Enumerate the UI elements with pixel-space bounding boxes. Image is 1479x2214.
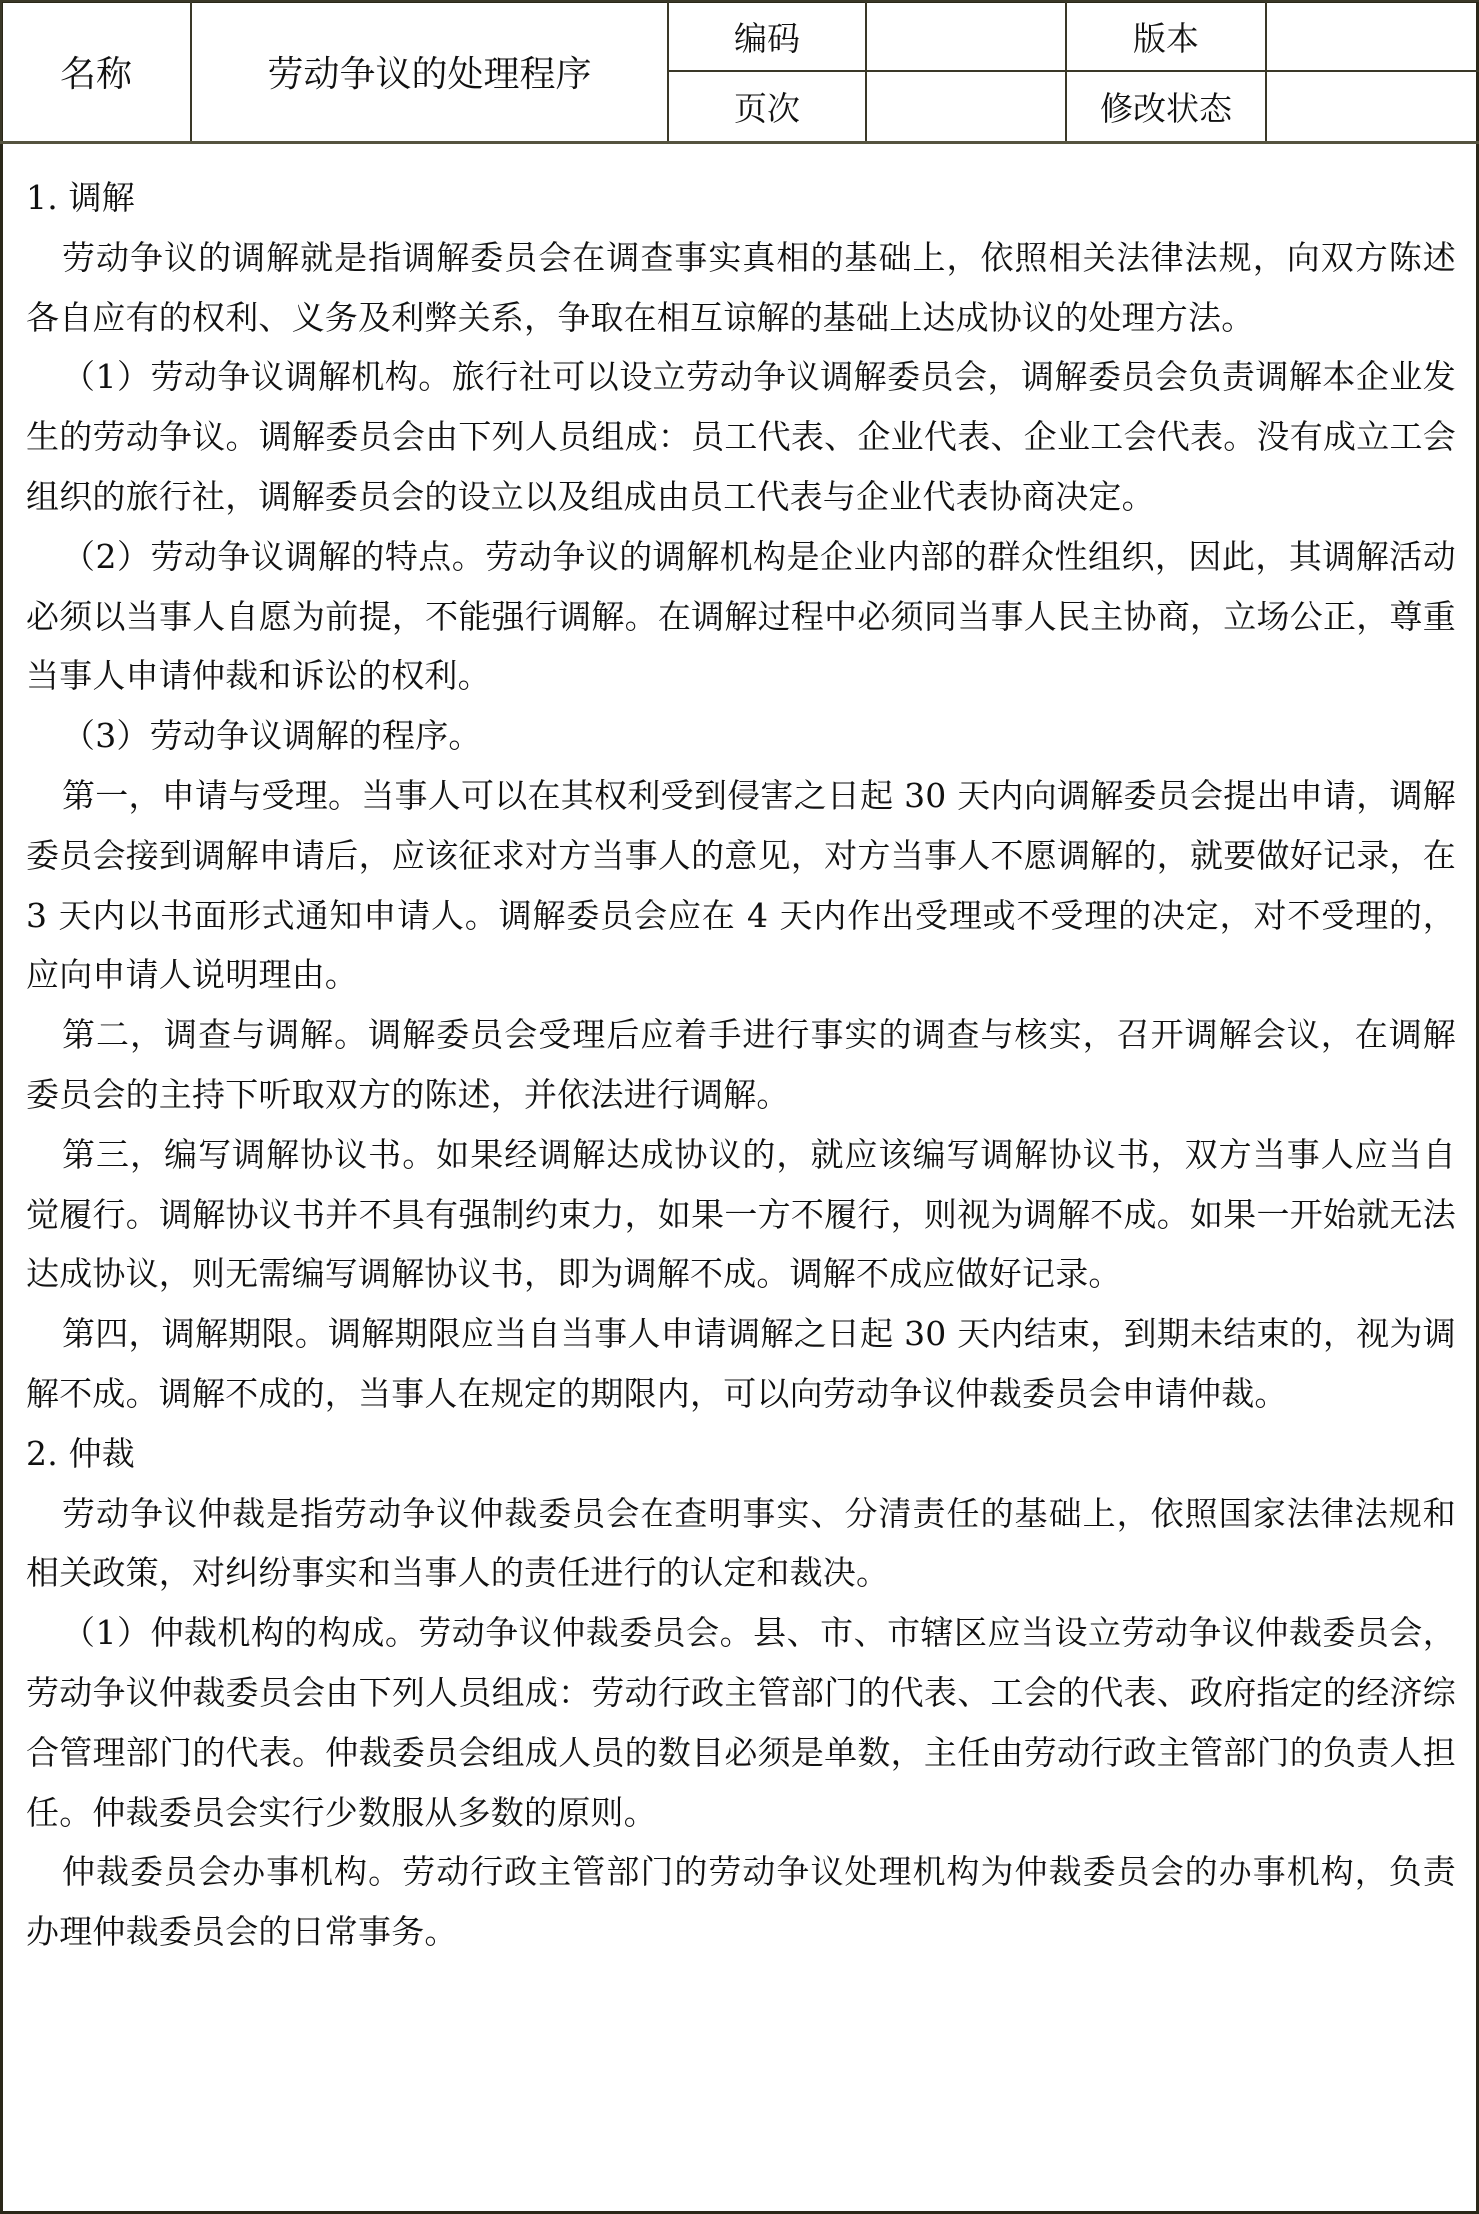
paragraph: 第三，编写调解协议书。如果经调解达成协议的，就应该编写调解协议书，双方当事人应当… bbox=[26, 1125, 1456, 1304]
header-divider bbox=[0, 141, 1479, 144]
version-label: 版本 bbox=[1066, 1, 1266, 71]
document-header-table: 名称 劳动争议的处理程序 编码 版本 页次 修改状态 bbox=[0, 0, 1479, 143]
paragraph: （1）劳动争议调解机构。旅行社可以设立劳动争议调解委员会，调解委员会负责调解本企… bbox=[26, 347, 1456, 526]
paragraph: 第二，调查与调解。调解委员会受理后应着手进行事实的调查与核实，召开调解会议，在调… bbox=[26, 1005, 1456, 1125]
paragraph: 仲裁委员会办事机构。劳动行政主管部门的劳动争议处理机构为仲裁委员会的办事机构，负… bbox=[26, 1842, 1456, 1962]
paragraph: 劳动争议的调解就是指调解委员会在调查事实真相的基础上，依照相关法律法规，向双方陈… bbox=[26, 228, 1456, 348]
paragraph: （3）劳动争议调解的程序。 bbox=[26, 706, 1456, 766]
paragraph: 劳动争议仲裁是指劳动争议仲裁委员会在查明事实、分清责任的基础上，依照国家法律法规… bbox=[26, 1484, 1456, 1604]
code-label: 编码 bbox=[668, 1, 866, 71]
code-value bbox=[866, 1, 1066, 71]
document-body: 1. 调解 劳动争议的调解就是指调解委员会在调查事实真相的基础上，依照相关法律法… bbox=[26, 168, 1456, 1962]
name-label: 名称 bbox=[1, 1, 191, 142]
section-heading-mediation: 1. 调解 bbox=[26, 168, 1456, 228]
revision-value bbox=[1266, 71, 1479, 142]
paragraph: （1）仲裁机构的构成。劳动争议仲裁委员会。县、市、市辖区应当设立劳动争议仲裁委员… bbox=[26, 1603, 1456, 1842]
version-value bbox=[1266, 1, 1479, 71]
document-title: 劳动争议的处理程序 bbox=[191, 1, 668, 142]
page-value bbox=[866, 71, 1066, 142]
page-label: 页次 bbox=[668, 71, 866, 142]
paragraph: 第一，申请与受理。当事人可以在其权利受到侵害之日起 30 天内向调解委员会提出申… bbox=[26, 766, 1456, 1005]
paragraph: （2）劳动争议调解的特点。劳动争议的调解机构是企业内部的群众性组织，因此，其调解… bbox=[26, 527, 1456, 706]
section-heading-arbitration: 2. 仲裁 bbox=[26, 1424, 1456, 1484]
revision-label: 修改状态 bbox=[1066, 71, 1266, 142]
paragraph: 第四，调解期限。调解期限应当自当事人申请调解之日起 30 天内结束，到期未结束的… bbox=[26, 1304, 1456, 1424]
